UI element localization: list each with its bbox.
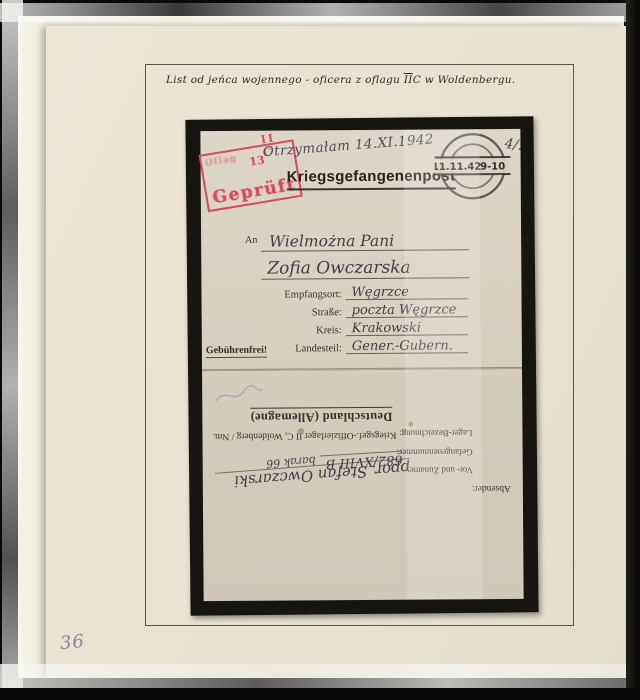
censor-oflag-text: Oflag	[204, 154, 237, 169]
stain	[408, 422, 413, 427]
plastic-sleeve-top-edge	[0, 3, 640, 22]
page-number: 36	[59, 631, 86, 654]
censor-gepruft-text: Geprüft	[211, 175, 297, 208]
addressee-name: Zofia Owczarska	[261, 258, 410, 279]
plastic-sleeve-bottom-edge	[0, 664, 640, 690]
stain	[297, 428, 304, 434]
postmark-time: 9-10	[480, 161, 505, 172]
binder-bottom-edge	[0, 688, 640, 700]
an-label: An	[245, 235, 257, 246]
page-caption: List od jeńca wojennego - oficera z ofla…	[166, 74, 516, 86]
addressee-title: Wielmożna Pani	[261, 232, 394, 251]
blue-pencil-squiggle	[214, 383, 264, 409]
plastic-sleeve-left-edge	[2, 0, 23, 700]
gebuehrenfrei-label: Gebührenfrei!	[206, 345, 267, 358]
country-line: Deutschland (Allemagne)	[250, 407, 392, 425]
binder-right-edge	[626, 0, 640, 700]
caption-text: List od jeńca wojennego - oficera z ofla…	[166, 74, 404, 86]
camp-designation: Kriegsgef.-Offizierlager II C, Woldenber…	[213, 430, 397, 441]
prisoner-number: 682/XVIII B	[325, 452, 403, 472]
pow-letter-sheet: Oflag 13 Geprüft II C Otrzymałam 14.XI.1…	[200, 129, 523, 601]
plastic-sheen-band	[403, 129, 482, 600]
caption-camp-numeral: II	[404, 74, 413, 86]
pencil-annotation: 4/.	[503, 136, 523, 154]
caption-tail: C w Woldenbergu.	[413, 74, 516, 86]
photo-of-album-page: List od jeńca wojennego - oficera z ofla…	[0, 0, 640, 700]
